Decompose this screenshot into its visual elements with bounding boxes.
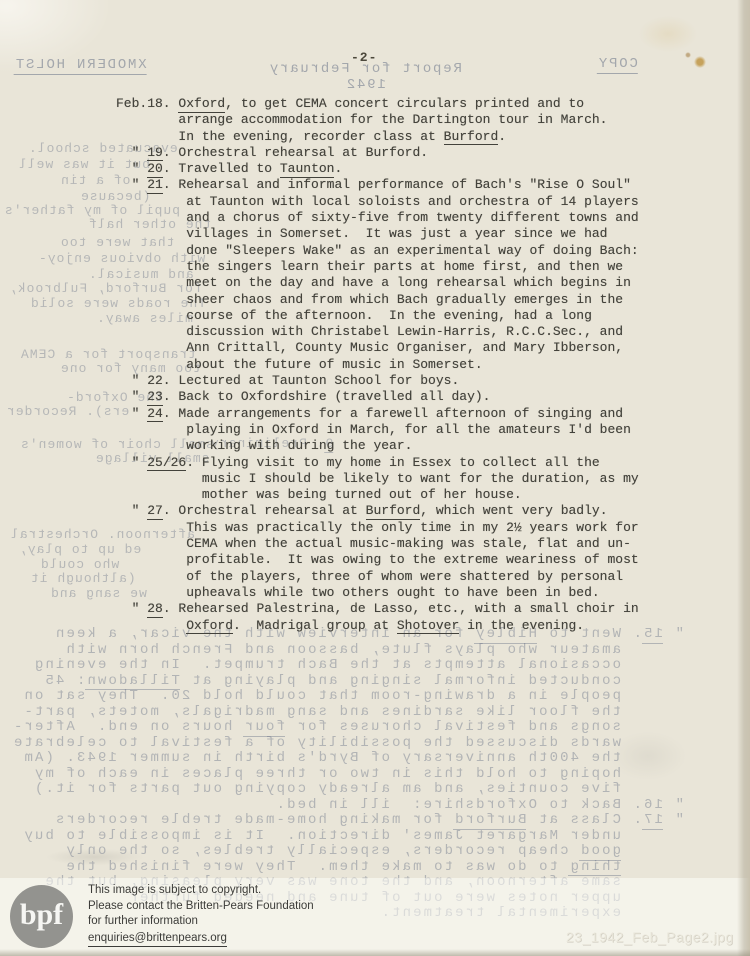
- page-number: -2-: [351, 50, 377, 65]
- scanned-document-page: XMODERN HOLST Report for February 1942 C…: [0, 0, 750, 956]
- typed-line: " 19. Orchestral rehearsal at Burford.: [116, 145, 639, 161]
- bleedthrough-line: the floor like sardines and sang madriga…: [35, 705, 705, 721]
- typed-line: done "Sleepers Wake" as an experimental …: [116, 243, 639, 259]
- typed-line: Ann Crittall, County Music Organiser, an…: [116, 340, 639, 356]
- bleedthrough-line: amateur who plays flute, bassoon and Fre…: [35, 643, 705, 659]
- bleedthrough-header-copy: COPY: [597, 56, 638, 72]
- typed-line: This was practically the only time in my…: [116, 520, 639, 536]
- bleedthrough-line: songs and festival choruses for four hou…: [35, 720, 705, 736]
- bleedthrough-report-year: 1942: [345, 77, 386, 93]
- typed-line: and a chorus of sixty-five from twenty d…: [116, 210, 639, 226]
- bpf-logo: bpf: [10, 885, 73, 948]
- typed-line: " 21. Rehearsal and informal performance…: [116, 177, 639, 193]
- typed-line: Oxford. Madrigal group at Shotover in th…: [116, 618, 639, 634]
- bleedthrough-fragment: ers). Recorder: [6, 404, 129, 419]
- typed-line: about the future of music in Somerset.: [116, 357, 639, 373]
- typed-line: " 23. Back to Oxfordshire (travelled all…: [116, 389, 639, 405]
- bleedthrough-line: occasional attempts at the Bach trumpet.…: [35, 658, 705, 674]
- bleedthrough-line: thing to do was to make them. They were …: [35, 860, 705, 876]
- typed-line: course of the afternoon. In the evening,…: [116, 308, 639, 324]
- bleedthrough-line: hoping to hold this in two or three plac…: [35, 767, 705, 783]
- bleedthrough-line: wards discussed the possibility of a fes…: [35, 736, 705, 752]
- page-bottom-edge-shadow: [0, 949, 750, 956]
- bleedthrough-line: the 400th anniversary of Byrd's birth in…: [35, 751, 705, 767]
- typed-line: playing in Oxford in March, for all the …: [116, 422, 639, 438]
- typed-line: In the evening, recorder class at Burfor…: [116, 129, 639, 145]
- bleedthrough-line: " 17. Class at Burford for making home-m…: [35, 813, 705, 829]
- typed-diary-entries: Feb.18. Oxford, to get CEMA concert circ…: [116, 96, 639, 634]
- bleedthrough-fragment: who could: [40, 557, 119, 572]
- typed-line: " 22. Lectured at Taunton School for boy…: [116, 373, 639, 389]
- bleedthrough-line: people in a drawing-room that could hold…: [35, 689, 705, 705]
- typed-line: " 25/26. Flying visit to my home in Esse…: [116, 455, 639, 471]
- typed-line: profitable. It was owing to the extreme …: [116, 552, 639, 568]
- typed-line: discussion with Christabel Lewin-Harris,…: [116, 324, 639, 340]
- typed-line: " 20. Travelled to Taunton.: [116, 161, 639, 177]
- copyright-notice: This image is subject to copyright. Plea…: [88, 883, 314, 947]
- bleedthrough-header-left: XMODERN HOLST: [14, 57, 147, 73]
- contact-email-link[interactable]: enquiries@brittenpears.org: [88, 931, 227, 948]
- typed-line: villages in Somerset. It was just a year…: [116, 226, 639, 242]
- typed-line: meet on the day and have a long rehearsa…: [116, 275, 639, 291]
- typed-line: arrange accommodation for the Dartington…: [116, 112, 639, 128]
- bleedthrough-line: " 16. Back to Oxfordshire: ill in bed.: [35, 798, 705, 814]
- typed-line: CEMA when the actual music-making was st…: [116, 536, 639, 552]
- bleedthrough-line: under Margaret James' direction. It is i…: [35, 829, 705, 845]
- copyright-line: for further information: [88, 914, 314, 930]
- typed-line: of the players, three of whom were shatt…: [116, 569, 639, 585]
- typed-line: at Taunton with local soloists and orche…: [116, 194, 639, 210]
- bpf-logo-text: bpf: [20, 898, 63, 932]
- image-filename-caption: 23_1942_Feb_Page2.jpg: [566, 929, 734, 945]
- typed-line: music I should be likely to want for the…: [116, 471, 639, 487]
- typed-line: " 27. Orchestral rehearsal at Burford, w…: [116, 503, 639, 519]
- copyright-line: This image is subject to copyright.: [88, 883, 314, 899]
- typed-line: " 28. Rehearsed Palestrina, de Lasso, et…: [116, 601, 639, 617]
- typed-line: " 24. Made arrangements for a farewell a…: [116, 406, 639, 422]
- copyright-line: Please contact the Britten-Pears Foundat…: [88, 899, 314, 915]
- bleedthrough-line: good cheap recorders, especially trebles…: [35, 844, 705, 860]
- typed-line: sheer chaos and from which Bach graduall…: [116, 292, 639, 308]
- typed-line: upheavals while two others ought to have…: [116, 585, 639, 601]
- typed-line: Feb.18. Oxford, to get CEMA concert circ…: [116, 96, 639, 112]
- typed-line: the singers learn their parts at home fi…: [116, 259, 639, 275]
- bleedthrough-line: conducted informal singing and playing a…: [35, 674, 705, 690]
- page-right-edge-shadow: [737, 0, 750, 956]
- bleedthrough-line: five counties, and am already copying ou…: [35, 782, 705, 798]
- typed-line: working with during the year.: [116, 438, 639, 454]
- typed-line: mother was being turned out of her house…: [116, 487, 639, 503]
